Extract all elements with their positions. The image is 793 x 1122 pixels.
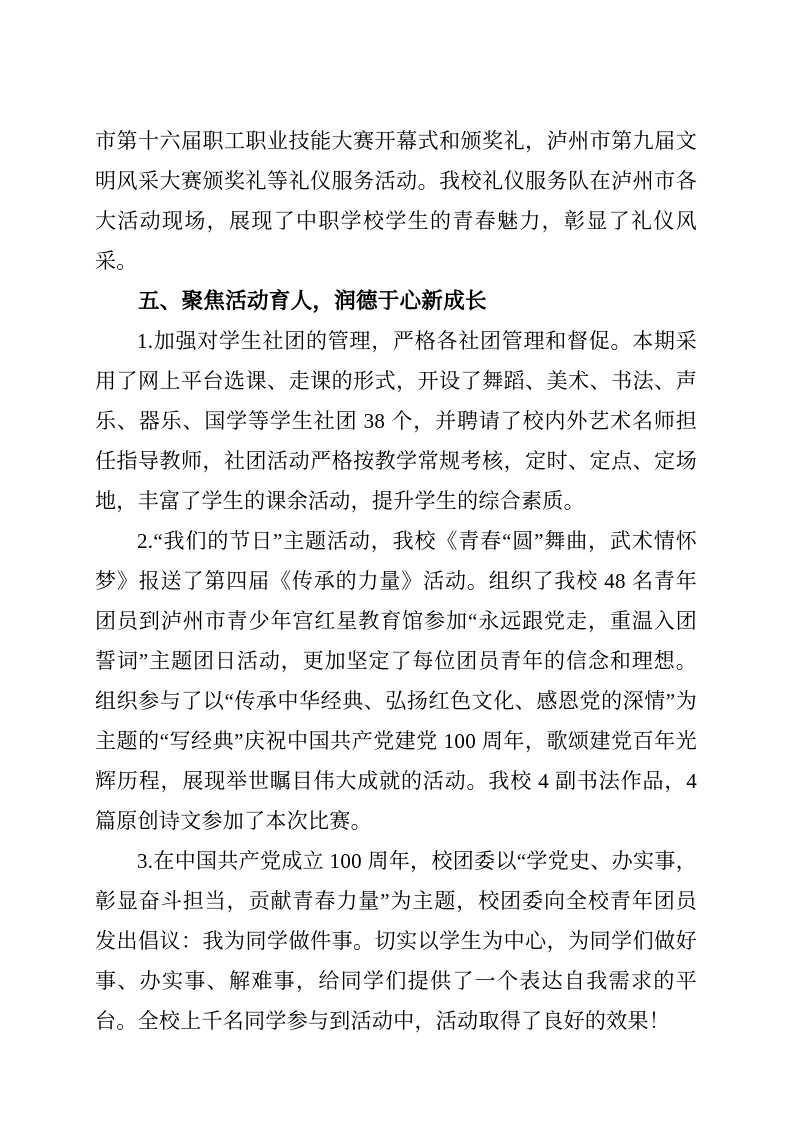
paragraph-item-2: 2.“我们的节日”主题活动，我校《青春“圆”舞曲，武术情怀梦》报送了第四届《传承… xyxy=(95,521,697,841)
paragraph-item-1: 1.加强对学生社团的管理，严格各社团管理和督促。本期采用了网上平台选课、走课的形… xyxy=(95,321,697,521)
paragraph-item-3: 3.在中国共产党成立 100 周年，校团委以“学党史、办实事，彰显奋斗担当，贡献… xyxy=(95,841,697,1041)
document-page: 市第十六届职工职业技能大赛开幕式和颁奖礼，泸州市第九届文明风采大赛颁奖礼等礼仪服… xyxy=(0,0,793,1122)
section-heading: 五、聚焦活动育人，润德于心新成长 xyxy=(95,281,697,321)
document-body: 市第十六届职工职业技能大赛开幕式和颁奖礼，泸州市第九届文明风采大赛颁奖礼等礼仪服… xyxy=(95,121,697,1041)
paragraph-continuation: 市第十六届职工职业技能大赛开幕式和颁奖礼，泸州市第九届文明风采大赛颁奖礼等礼仪服… xyxy=(95,121,697,281)
